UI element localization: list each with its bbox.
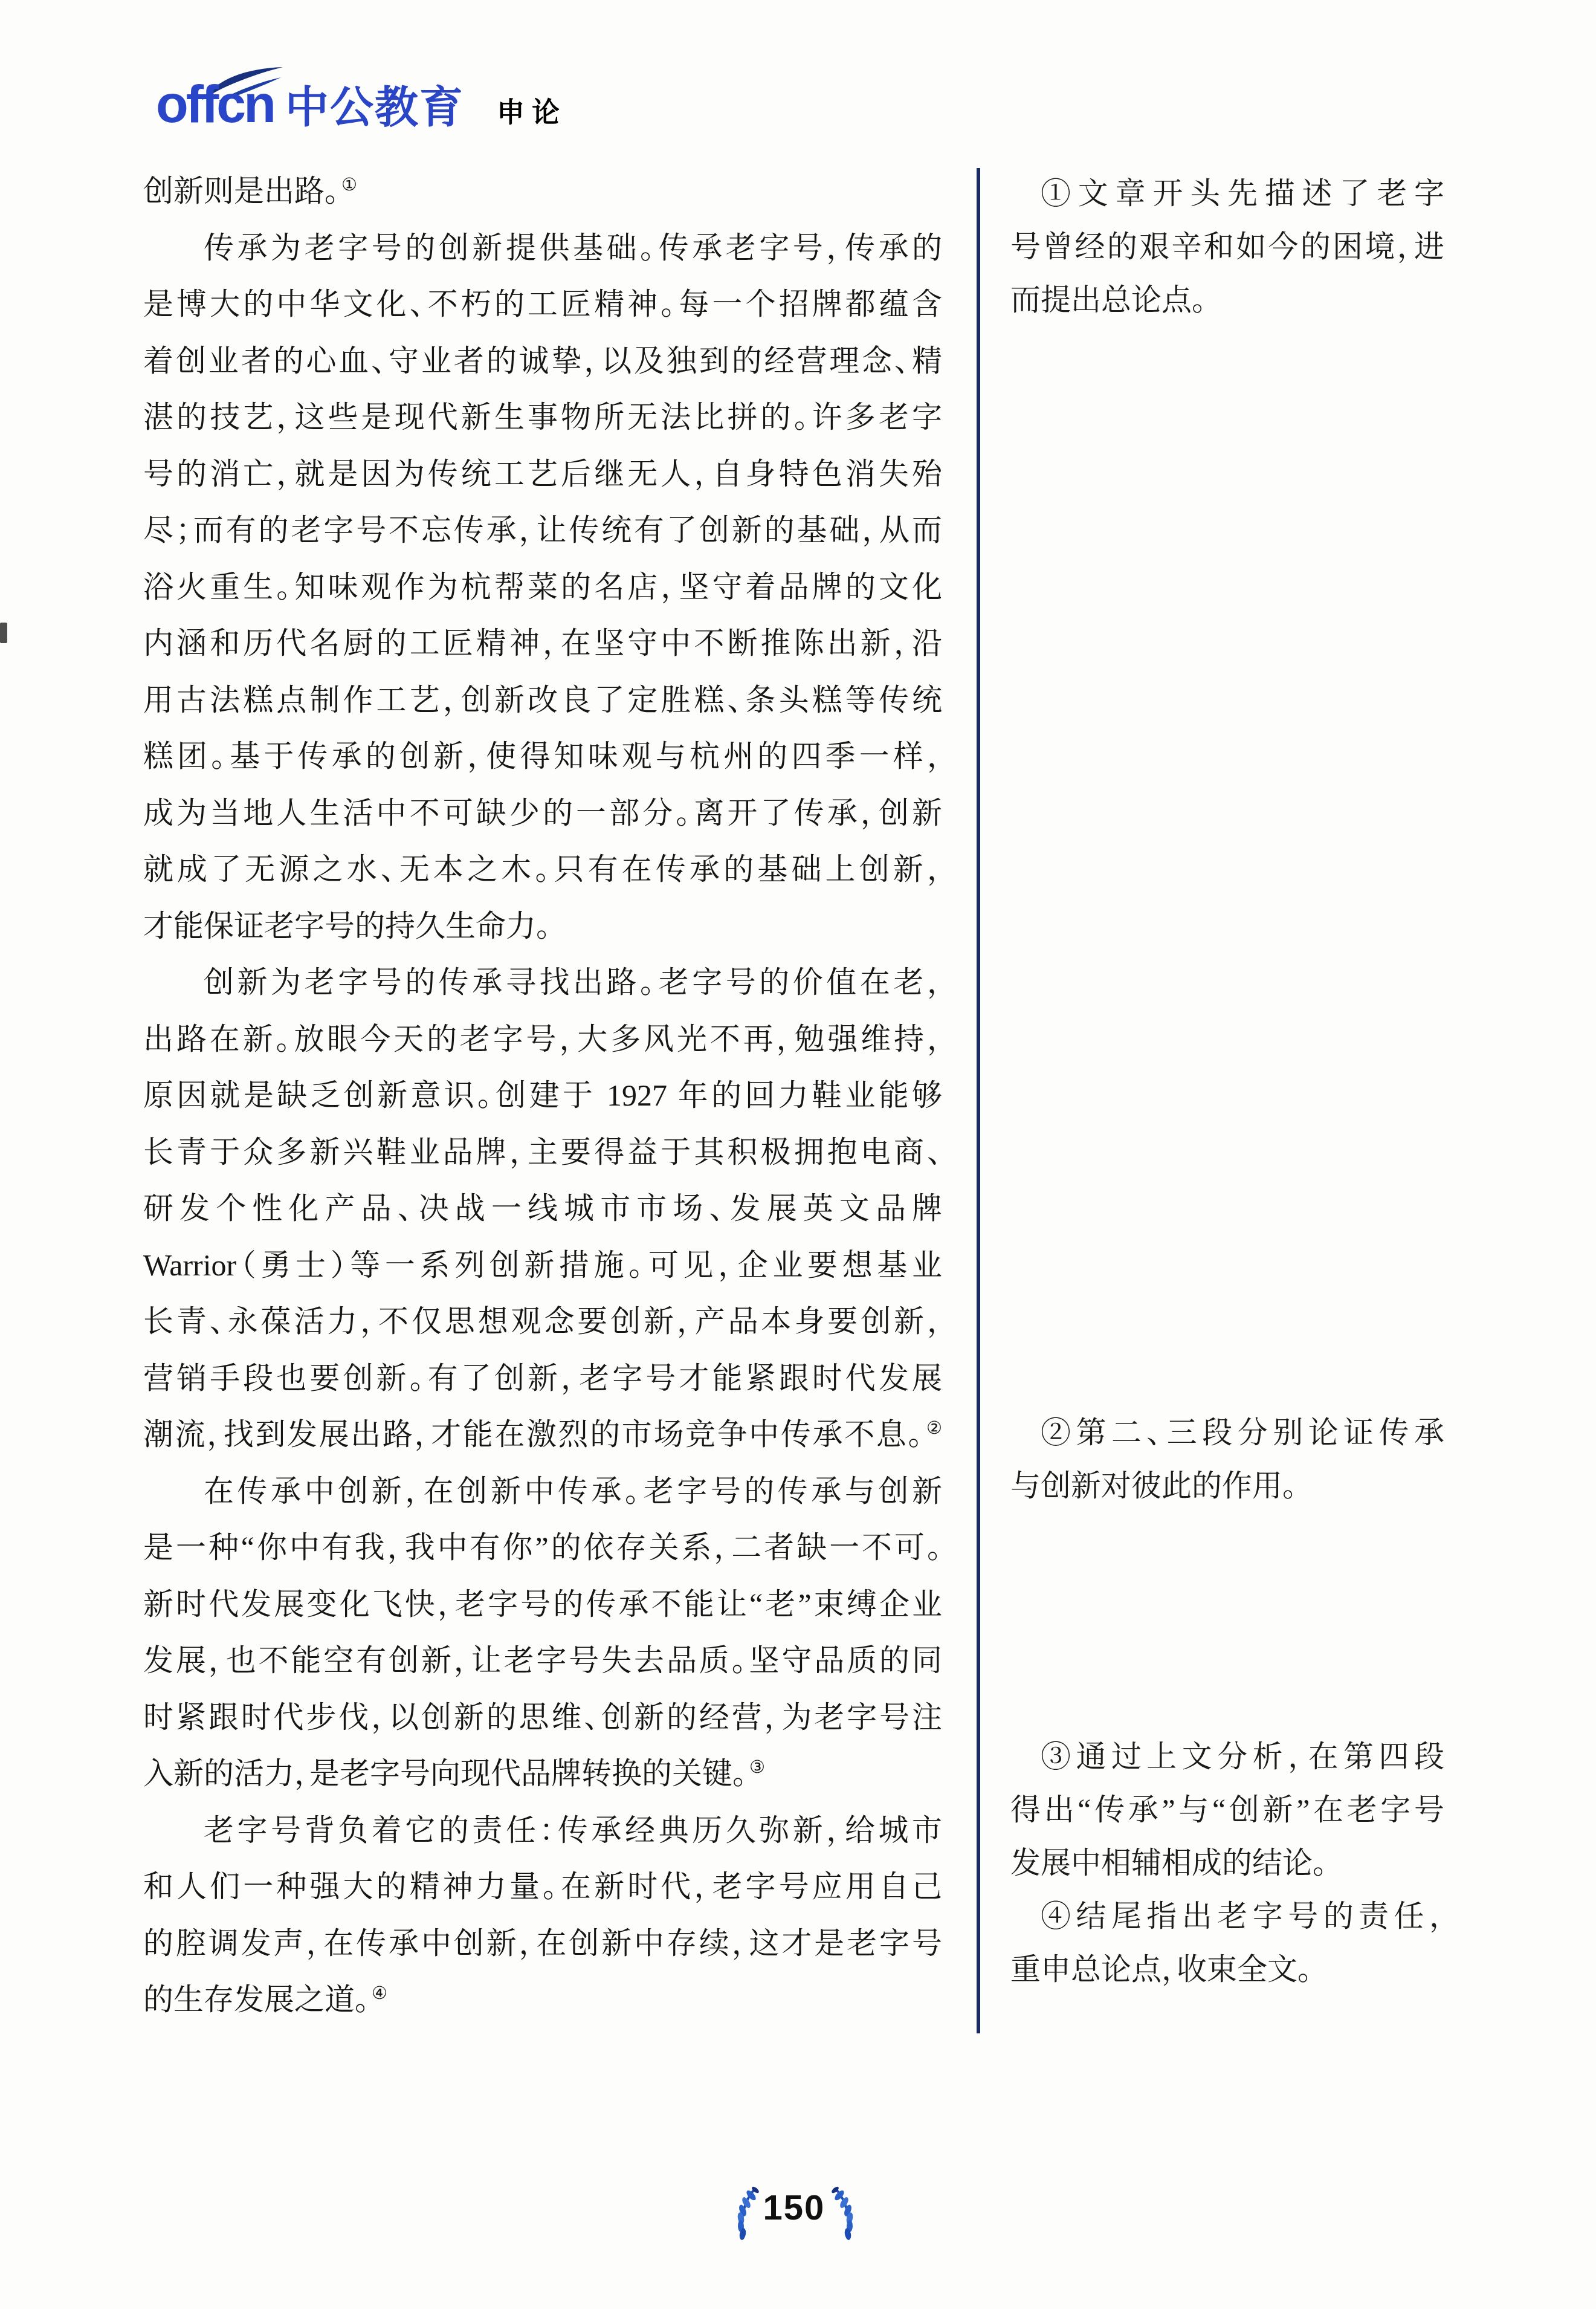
annotation-line: 得出“传承”与“创新”在老字号 [1010, 1783, 1444, 1836]
essay-line: 才能保证老字号的持久生命力。 [143, 898, 942, 955]
line-text: 湛的技艺，这些是现代新生事物所无法比拼的。许多老字 [143, 400, 942, 434]
line-text: 号的消亡，就是因为传统工艺后继无人，自身特色消失殆 [143, 457, 942, 491]
line-text: 长青、永葆活力，不仅思想观念要创新，产品本身要创新， [143, 1304, 942, 1338]
line-text: 得出“传承”与“创新”在老字号 [1010, 1793, 1444, 1827]
essay-line: 老字号背负着它的责任：传承经典历久弥新，给城市 [143, 1802, 942, 1859]
essay-line: 糕团。基于传承的创新，使得知味观与杭州的四季一样， [143, 728, 942, 785]
essay-line: 号的消亡，就是因为传统工艺后继无人，自身特色消失殆 [143, 446, 942, 503]
line-text: 尽；而有的老字号不忘传承，让传统有了创新的基础，从而 [143, 513, 942, 547]
margin-note: ②第二、三段分别论证传承与创新对彼此的作用。 [1010, 1406, 1444, 1512]
line-text: 号曾经的艰辛和如今的困境，进 [1010, 230, 1444, 264]
essay-line: 尽；而有的老字号不忘传承，让传统有了创新的基础，从而 [143, 502, 942, 559]
line-text: 时紧跟时代步伐，以创新的思维、创新的经营，为老字号注 [143, 1700, 942, 1734]
essay-text-column: 创新则是出路。①传承为老字号的创新提供基础。传承老字号，传承的是博大的中华文化、… [143, 163, 942, 2029]
line-text: 内涵和历代名厨的工匠精神，在坚守中不断推陈出新，沿 [143, 626, 942, 660]
essay-line: 长青、永葆活力，不仅思想观念要创新，产品本身要创新， [143, 1294, 942, 1350]
line-text: 在传承中创新，在创新中传承。老字号的传承与创新 [204, 1474, 942, 1508]
line-text: 发展中相辅相成的结论。 [1010, 1846, 1328, 1880]
line-text: 着创业者的心血、守业者的诚挚，以及独到的经营理念、精 [143, 344, 942, 378]
line-text: 出路在新。放眼今天的老字号，大多风光不再，勉强维持， [143, 1022, 942, 1056]
line-text: 的生存发展之道。 [143, 1983, 370, 2016]
annotation-line: 与创新对彼此的作用。 [1010, 1459, 1444, 1512]
annotation-line: 发展中相辅相成的结论。 [1010, 1836, 1444, 1890]
annotation-line: 而提出总论点。 [1010, 273, 1444, 326]
page-number: 150 [763, 2191, 825, 2226]
line-text: 是一种“你中有我，我中有你”的依存关系，二者缺一不可。 [143, 1530, 942, 1564]
essay-line: 的生存发展之道。④ [143, 1972, 942, 2029]
essay-line: 创新为老字号的传承寻找出路。老字号的价值在老， [143, 954, 942, 1011]
line-text: 就成了无源之水、无本之木。只有在传承的基础上创新， [143, 852, 942, 886]
essay-line: 的腔调发声，在传承中创新，在创新中存续，这才是老字号 [143, 1916, 942, 1972]
margin-note: ①文章开头先描述了老字号曾经的艰辛和如今的困境，进而提出总论点。 [1010, 167, 1444, 326]
line-text: 成为当地人生活中不可缺少的一部分。离开了传承，创新 [143, 796, 942, 830]
line-text: 发展，也不能空有创新，让老字号失去品质。坚守品质的同 [143, 1644, 942, 1677]
line-text: 潮流，找到发展出路，才能在激烈的市场竞争中传承不息。 [143, 1417, 925, 1451]
line-text: 而提出总论点。 [1010, 283, 1207, 317]
annotation-line: ①文章开头先描述了老字 [1010, 167, 1444, 220]
annotation-line: ③通过上文分析，在第四段 [1010, 1730, 1444, 1783]
essay-line: 原因就是缺乏创新意识。创建于 1927 年的回力鞋业能够 [143, 1067, 942, 1124]
line-text: 才能保证老字号的持久生命力。 [143, 909, 551, 943]
essay-line: 出路在新。放眼今天的老字号，大多风光不再，勉强维持， [143, 1011, 942, 1068]
line-text: 的腔调发声，在传承中创新，在创新中存续，这才是老字号 [143, 1926, 942, 1960]
line-text: 与创新对彼此的作用。 [1010, 1469, 1297, 1503]
essay-line: 营销手段也要创新。有了创新，老字号才能紧跟时代发展 [143, 1350, 942, 1407]
line-text: 长青于众多新兴鞋业品牌，主要得益于其积极拥抱电商、 [143, 1135, 942, 1169]
line-text: 创新为老字号的传承寻找出路。老字号的价值在老， [204, 965, 942, 999]
line-text: 老字号背负着它的责任：传承经典历久弥新，给城市 [204, 1813, 942, 1847]
essay-line: 研发个性化产品、决战一线城市市场、发展英文品牌 [143, 1180, 942, 1237]
essay-line: 传承为老字号的创新提供基础。传承老字号，传承的 [143, 220, 942, 277]
annotation-line: 号曾经的艰辛和如今的困境，进 [1010, 220, 1444, 273]
laurel-right-icon [830, 2186, 859, 2240]
essay-line: 新时代发展变化飞快，老字号的传承不能让“老”束缚企业 [143, 1576, 942, 1633]
annotation-line: 重申总论点，收束全文。 [1010, 1943, 1444, 1996]
annotation-line: ②第二、三段分别论证传承 [1010, 1406, 1444, 1459]
line-text: 研发个性化产品、决战一线城市市场、发展英文品牌 [143, 1191, 942, 1225]
line-text: ④结尾指出老字号的责任， [1041, 1899, 1444, 1933]
essay-line: 浴火重生。知味观作为杭帮菜的名店，坚守着品牌的文化 [143, 559, 942, 616]
essay-line: 成为当地人生活中不可缺少的一部分。离开了传承，创新 [143, 785, 942, 842]
essay-line: 潮流，找到发展出路，才能在激烈的市场竞争中传承不息。② [143, 1407, 942, 1463]
essay-line: 长青于众多新兴鞋业品牌，主要得益于其积极拥抱电商、 [143, 1124, 942, 1181]
essay-line: 是一种“你中有我，我中有你”的依存关系，二者缺一不可。 [143, 1520, 942, 1576]
line-text: 糕团。基于传承的创新，使得知味观与杭州的四季一样， [143, 739, 942, 773]
line-text: 新时代发展变化飞快，老字号的传承不能让“老”束缚企业 [143, 1587, 942, 1621]
margin-note: ③通过上文分析，在第四段得出“传承”与“创新”在老字号发展中相辅相成的结论。 [1010, 1730, 1444, 1890]
line-text: 入新的活力，是老字号向现代品牌转换的关键。 [143, 1757, 748, 1790]
essay-line: 用古法糕点制作工艺，创新改良了定胜糕、条头糕等传统 [143, 672, 942, 729]
line-text: Warrior（勇士）等一系列创新措施。可见，企业要想基业 [143, 1248, 942, 1282]
scan-artifact [0, 623, 7, 643]
essay-line: 入新的活力，是老字号向现代品牌转换的关键。③ [143, 1746, 942, 1802]
essay-line: 是博大的中华文化、不朽的工匠精神。每一个招牌都蕴含 [143, 276, 942, 333]
essay-line: 湛的技艺，这些是现代新生事物所无法比拼的。许多老字 [143, 389, 942, 446]
line-text: 浴火重生。知味观作为杭帮菜的名店，坚守着品牌的文化 [143, 570, 942, 604]
offcn-logo-text: offcn [156, 77, 274, 131]
line-text: 用古法糕点制作工艺，创新改良了定胜糕、条头糕等传统 [143, 683, 942, 717]
margin-note: ④结尾指出老字号的责任，重申总论点，收束全文。 [1010, 1890, 1444, 1996]
subject-label: 申论 [497, 98, 567, 126]
essay-line: 创新则是出路。① [143, 163, 942, 220]
essay-line: 发展，也不能空有创新，让老字号失去品质。坚守品质的同 [143, 1633, 942, 1689]
line-text: 是博大的中华文化、不朽的工匠精神。每一个招牌都蕴含 [143, 287, 942, 321]
brand-name: 中公教育 [285, 86, 464, 129]
essay-line: 和人们一种强大的精神力量。在新时代，老字号应用自己 [143, 1859, 942, 1916]
line-text: ③通过上文分析，在第四段 [1041, 1740, 1444, 1773]
column-divider [977, 168, 980, 2033]
line-text: 原因就是缺乏创新意识。创建于 1927 年的回力鞋业能够 [143, 1078, 942, 1112]
essay-line: 内涵和历代名厨的工匠精神，在坚守中不断推陈出新，沿 [143, 615, 942, 672]
line-text: ②第二、三段分别论证传承 [1041, 1416, 1444, 1449]
essay-line: 时紧跟时代步伐，以创新的思维、创新的经营，为老字号注 [143, 1689, 942, 1746]
line-text: 创新则是出路。 [143, 174, 340, 208]
essay-line: 就成了无源之水、无本之木。只有在传承的基础上创新， [143, 841, 942, 898]
line-text: 营销手段也要创新。有了创新，老字号才能紧跟时代发展 [143, 1361, 942, 1395]
line-text: 和人们一种强大的精神力量。在新时代，老字号应用自己 [143, 1870, 942, 1903]
laurel-left-icon [731, 2186, 760, 2240]
annotation-line: ④结尾指出老字号的责任， [1010, 1890, 1444, 1943]
line-text: 重申总论点，收束全文。 [1010, 1952, 1313, 1986]
textbook-page: offcn 中公教育 申论 创新则是出路。①传承为老字号的创新提供基础。传承老字… [0, 0, 1596, 2309]
essay-line: 着创业者的心血、守业者的诚挚，以及独到的经营理念、精 [143, 333, 942, 390]
essay-line: 在传承中创新，在创新中传承。老字号的传承与创新 [143, 1463, 942, 1520]
essay-line: Warrior（勇士）等一系列创新措施。可见，企业要想基业 [143, 1237, 942, 1294]
line-text: ①文章开头先描述了老字 [1041, 176, 1444, 210]
line-text: 传承为老字号的创新提供基础。传承老字号，传承的 [204, 231, 942, 265]
